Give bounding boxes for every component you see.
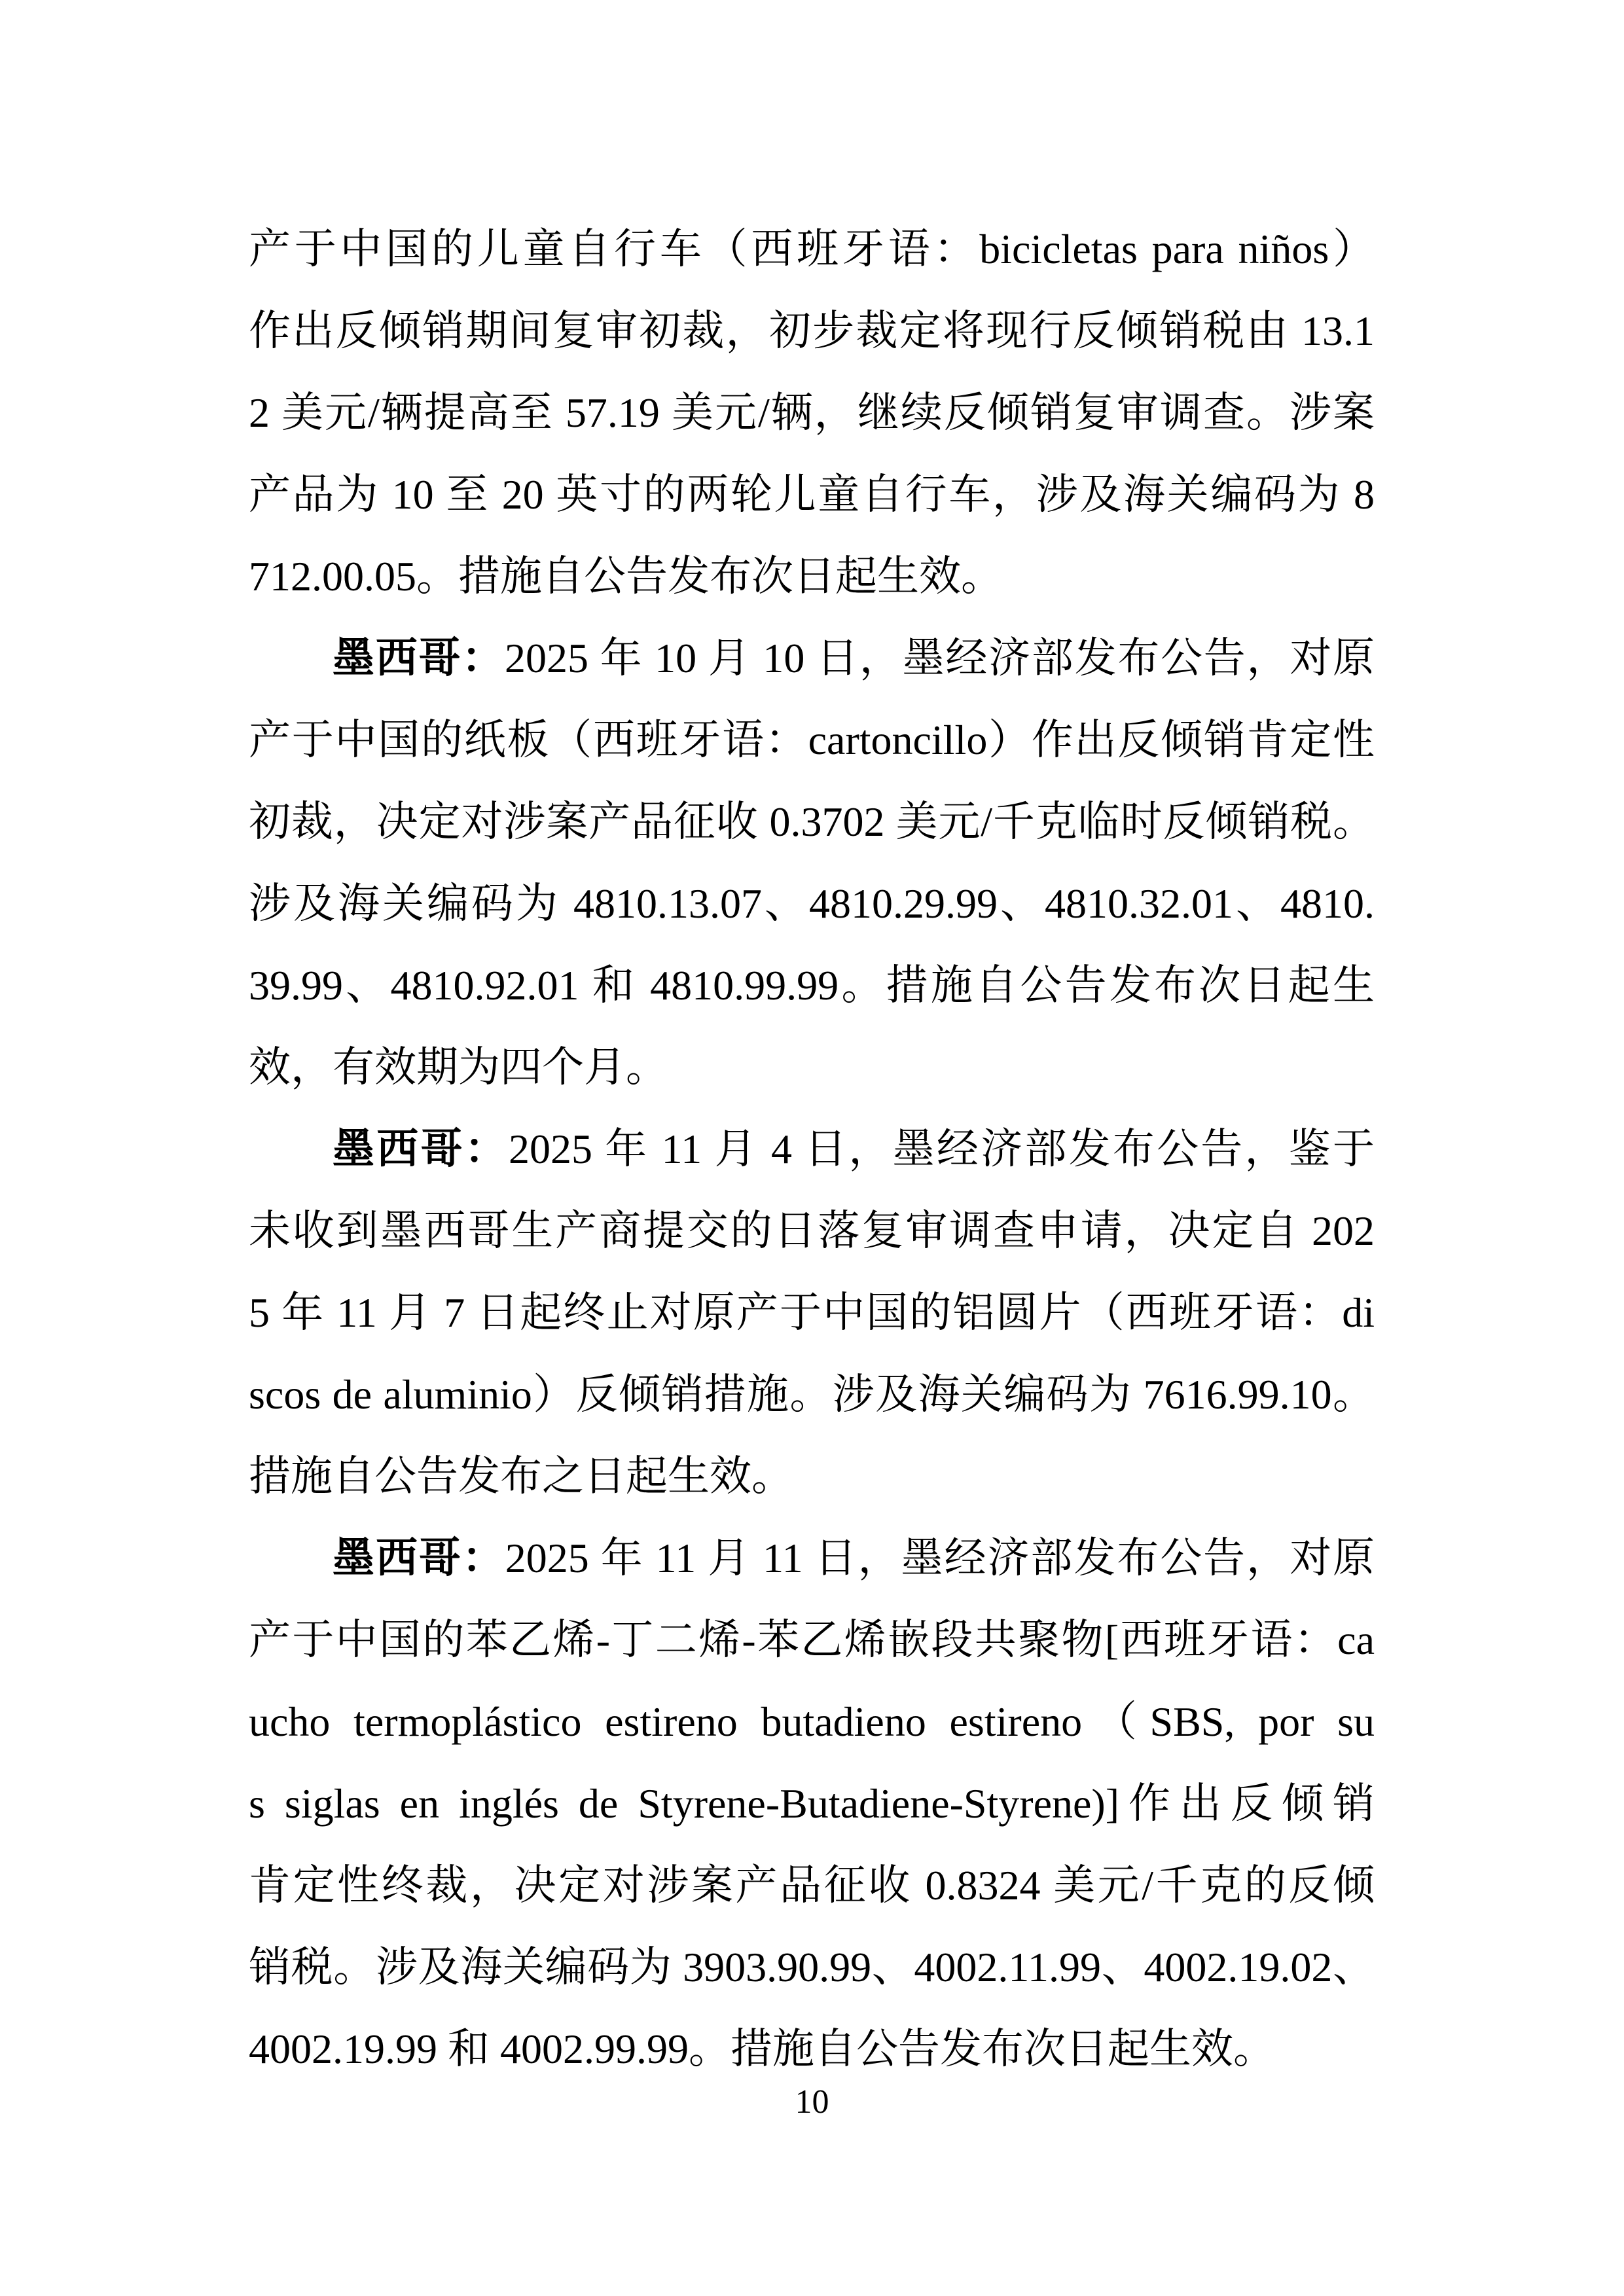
text-line: 初裁，决定对涉案产品征收 0.3702 美元/千克临时反倾销税。 (249, 781, 1375, 863)
line-text: 2025 年 11 月 4 日，墨经济部发布公告，鉴于 (509, 1126, 1375, 1172)
line-text: 产于中国的儿童自行车（西班牙语：bicicletas para niños） (249, 226, 1375, 272)
text-line: 产于中国的苯乙烯-丁二烯-苯乙烯嵌段共聚物[西班牙语：ca (249, 1599, 1375, 1681)
text-line: 销税。涉及海关编码为 3903.90.99、4002.11.99、4002.19… (249, 1926, 1375, 2008)
text-line: s siglas en inglés de Styrene-Butadiene-… (249, 1763, 1375, 1844)
text-line: 产于中国的儿童自行车（西班牙语：bicicletas para niños） (249, 208, 1375, 290)
paragraph: 墨西哥：2025 年 11 月 11 日，墨经济部发布公告，对原产于中国的苯乙烯… (249, 1517, 1375, 2090)
text-line: 39.99、4810.92.01 和 4810.99.99。措施自公告发布次日起… (249, 944, 1375, 1026)
line-text: 39.99、4810.92.01 和 4810.99.99。措施自公告发布次日起… (249, 962, 1375, 1009)
text-line: 肯定性终裁，决定对涉案产品征收 0.8324 美元/千克的反倾 (249, 1844, 1375, 1926)
line-text: 效，有效期为四个月。 (249, 1044, 668, 1090)
paragraph: 产于中国的儿童自行车（西班牙语：bicicletas para niños）作出… (249, 208, 1375, 617)
line-text: 4002.19.99 和 4002.99.99。措施自公告发布次日起生效。 (249, 2026, 1275, 2072)
line-text: 产于中国的苯乙烯-丁二烯-苯乙烯嵌段共聚物[西班牙语：ca (249, 1617, 1375, 1663)
text-line: 效，有效期为四个月。 (249, 1026, 1375, 1108)
text-line: 产品为 10 至 20 英寸的两轮儿童自行车，涉及海关编码为 8 (249, 454, 1375, 535)
text-line: 4002.19.99 和 4002.99.99。措施自公告发布次日起生效。 (249, 2008, 1375, 2090)
line-text: 2025 年 11 月 11 日，墨经济部发布公告，对原 (505, 1535, 1375, 1581)
line-text: s siglas en inglés de Styrene-Butadiene-… (249, 1780, 1375, 1827)
line-text: 5 年 11 月 7 日起终止对原产于中国的铝圆片（西班牙语：di (249, 1289, 1375, 1336)
line-text: ucho termoplástico estireno butadieno es… (249, 1698, 1375, 1745)
line-text: 措施自公告发布之日起生效。 (249, 1453, 793, 1499)
country-label: 墨西哥： (333, 1535, 505, 1581)
line-text: scos de aluminio）反倾销措施。涉及海关编码为 7616.99.1… (249, 1371, 1375, 1418)
text-line: 712.00.05。措施自公告发布次日起生效。 (249, 535, 1375, 617)
text-line: 未收到墨西哥生产商提交的日落复审调查申请，决定自 202 (249, 1190, 1375, 1272)
country-label: 墨西哥： (333, 635, 505, 681)
line-text: 2 美元/辆提高至 57.19 美元/辆，继续反倾销复审调查。涉案 (249, 389, 1375, 436)
country-label: 墨西哥： (333, 1126, 509, 1172)
text-line: 涉及海关编码为 4810.13.07、4810.29.99、4810.32.01… (249, 863, 1375, 944)
line-text: 作出反倾销期间复审初裁，初步裁定将现行反倾销税由 13.1 (249, 308, 1375, 354)
line-text: 未收到墨西哥生产商提交的日落复审调查申请，决定自 202 (249, 1208, 1375, 1254)
text-line: 墨西哥：2025 年 11 月 11 日，墨经济部发布公告，对原 (249, 1517, 1375, 1599)
page-number: 10 (0, 2084, 1624, 2121)
line-text: 产品为 10 至 20 英寸的两轮儿童自行车，涉及海关编码为 8 (249, 471, 1375, 518)
text-line: 产于中国的纸板（西班牙语：cartoncillo）作出反倾销肯定性 (249, 699, 1375, 781)
line-text: 2025 年 10 月 10 日，墨经济部发布公告，对原 (505, 635, 1375, 681)
line-text: 肯定性终裁，决定对涉案产品征收 0.8324 美元/千克的反倾 (249, 1862, 1375, 1909)
text-line: 作出反倾销期间复审初裁，初步裁定将现行反倾销税由 13.1 (249, 290, 1375, 372)
text-line: scos de aluminio）反倾销措施。涉及海关编码为 7616.99.1… (249, 1354, 1375, 1435)
text-line: 5 年 11 月 7 日起终止对原产于中国的铝圆片（西班牙语：di (249, 1272, 1375, 1354)
text-line: 墨西哥：2025 年 10 月 10 日，墨经济部发布公告，对原 (249, 617, 1375, 699)
line-text: 初裁，决定对涉案产品征收 0.3702 美元/千克临时反倾销税。 (249, 798, 1375, 845)
paragraph: 墨西哥：2025 年 11 月 4 日，墨经济部发布公告，鉴于未收到墨西哥生产商… (249, 1108, 1375, 1517)
line-text: 销税。涉及海关编码为 3903.90.99、4002.11.99、4002.19… (249, 1944, 1375, 1990)
line-text: 涉及海关编码为 4810.13.07、4810.29.99、4810.32.01… (249, 880, 1375, 927)
text-line: ucho termoplástico estireno butadieno es… (249, 1681, 1375, 1763)
text-line: 措施自公告发布之日起生效。 (249, 1435, 1375, 1517)
text-line: 墨西哥：2025 年 11 月 4 日，墨经济部发布公告，鉴于 (249, 1108, 1375, 1190)
document-page: 产于中国的儿童自行车（西班牙语：bicicletas para niños）作出… (0, 0, 1624, 2296)
text-line: 2 美元/辆提高至 57.19 美元/辆，继续反倾销复审调查。涉案 (249, 372, 1375, 454)
line-text: 产于中国的纸板（西班牙语：cartoncillo）作出反倾销肯定性 (249, 717, 1375, 763)
line-text: 712.00.05。措施自公告发布次日起生效。 (249, 553, 1003, 600)
document-body: 产于中国的儿童自行车（西班牙语：bicicletas para niños）作出… (249, 208, 1375, 2090)
paragraph: 墨西哥：2025 年 10 月 10 日，墨经济部发布公告，对原产于中国的纸板（… (249, 617, 1375, 1108)
